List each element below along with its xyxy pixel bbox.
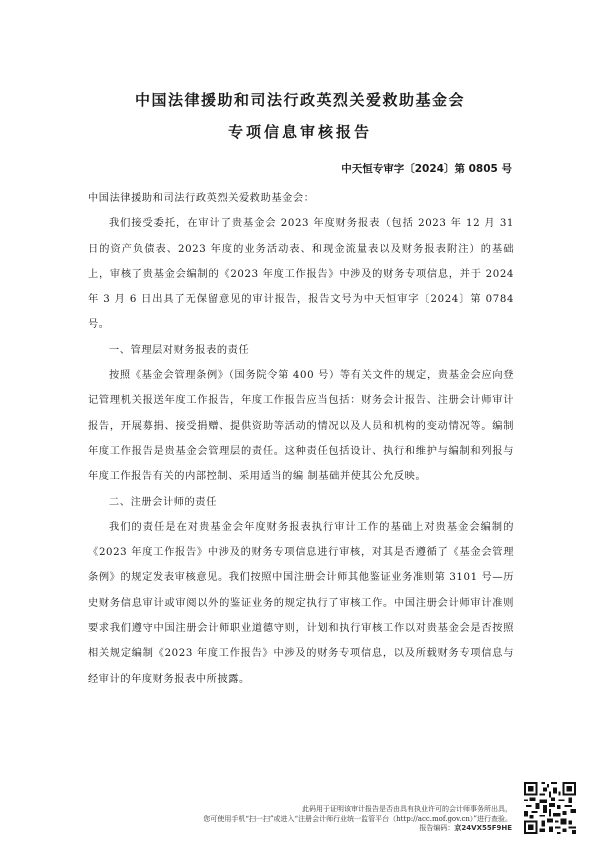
- salutation: 中国法律援助和司法行政英烈关爱救助基金会：: [88, 186, 514, 211]
- reference-number: 中天恒专审字〔2024〕第 0805 号: [341, 161, 512, 176]
- paragraph-cpa-responsibility: 我们的责任是在对贵基金会年度财务报表执行审计工作的基础上对贵基金会编制的《202…: [88, 515, 514, 692]
- verification-footer: 此码用于证明该审计报告是否由具有执业许可的会计师事务所出具， 您可使用手机“扫一…: [203, 805, 512, 834]
- document-body: 中国法律援助和司法行政英烈关爱救助基金会： 我们接受委托，在审计了贵基金会 20…: [88, 186, 514, 692]
- footer-line-3: 报告编码：京24VX55F9HE: [203, 824, 512, 834]
- paragraph-intro: 我们接受委托，在审计了贵基金会 2023 年度财务报表（包括 2023 年 12…: [88, 211, 514, 337]
- footer-line-1: 此码用于证明该审计报告是否由具有执业许可的会计师事务所出具，: [203, 805, 512, 815]
- document-subtitle: 专项信息审核报告: [0, 121, 600, 142]
- paragraph-management-responsibility: 按照《基金会管理条例》（国务院令第 400 号）等有关文件的规定，贵基金会应向登…: [88, 363, 514, 489]
- document-title: 中国法律援助和司法行政英烈关爱救助基金会: [0, 89, 600, 110]
- section-heading-cpa: 二、注册会计师的责任: [88, 490, 514, 515]
- report-code: 京24VX55F9HE: [454, 824, 512, 832]
- footer-line-2: 您可使用手机“扫一扫”或进入“注册会计师行业统一监管平台（http://acc.…: [203, 815, 512, 825]
- qr-code-icon[interactable]: [522, 780, 578, 836]
- section-heading-management: 一、管理层对财务报表的责任: [88, 338, 514, 363]
- report-code-label: 报告编码：: [419, 824, 454, 832]
